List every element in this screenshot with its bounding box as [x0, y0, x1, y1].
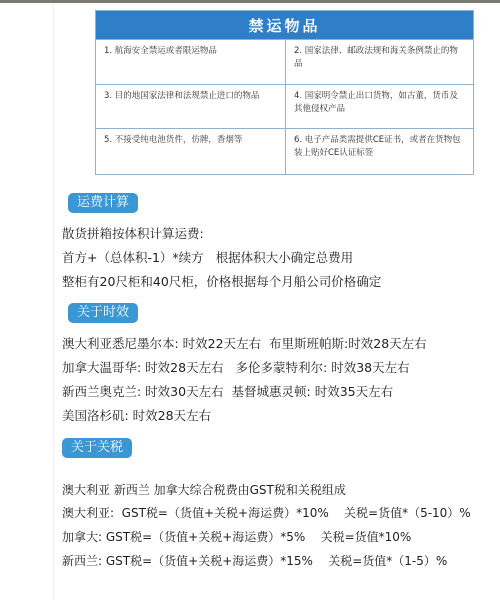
- freight-section-badge: 运费计算: [68, 193, 138, 213]
- table-cell: 6. 电子产品类需提供CE证书，或者在货物包装上贴好CE认证标签: [286, 129, 473, 174]
- table-cell: 5. 不接受纯电池货件，仿牌，香烟等: [96, 129, 286, 174]
- table-cell: 3. 目的地国家法律和法规禁止进口的物品: [96, 85, 286, 128]
- transit-line: 加拿大温哥华: 时效28天左右 多伦多蒙特利尔: 时效38天左右: [62, 360, 410, 376]
- tax-line: 澳大利亚 新西兰 加拿大综合税费由GST税和关税组成: [62, 482, 346, 498]
- table-cell: 2. 国家法律、邮政法规和海关条例禁止的物品: [286, 40, 473, 84]
- transit-line: 新西兰奥克兰: 时效30天左右 基督城惠灵顿: 时效35天左右: [62, 384, 393, 400]
- transit-line: 澳大利亚悉尼墨尔本: 时效22天左右 布里斯班帕斯:时效28天左右: [62, 336, 427, 352]
- table-row: 3. 目的地国家法律和法规禁止进口的物品 4. 国家明令禁止出口货物，如古董，货…: [96, 84, 473, 128]
- page-margin-line: [53, 3, 54, 600]
- transit-line: 美国洛杉矶: 时效28天左右: [62, 408, 211, 424]
- table-row: 5. 不接受纯电池货件，仿牌，香烟等 6. 电子产品类需提供CE证书，或者在货物…: [96, 128, 473, 174]
- tax-section-badge: 关于关税: [62, 438, 132, 458]
- table-cell: 4. 国家明令禁止出口货物，如古董，货币及其他侵权产品: [286, 85, 473, 128]
- tax-line: 新西兰: GST税=（货值+关税+海运费）*15% 关税=货值*（1-5）%: [62, 553, 447, 569]
- freight-line: 首方+（总体积-1）*续方 根据体积大小确定总费用: [62, 250, 353, 266]
- banned-items-table: 禁运物品 1. 航海安全禁运或者限运物品 2. 国家法律、邮政法规和海关条例禁止…: [95, 10, 474, 175]
- freight-line: 整柜有20尺柜和40尺柜，价格根据每个月船公司价格确定: [62, 274, 381, 290]
- top-border: [0, 0, 500, 3]
- table-title: 禁运物品: [96, 11, 473, 39]
- table-row: 1. 航海安全禁运或者限运物品 2. 国家法律、邮政法规和海关条例禁止的物品: [96, 39, 473, 84]
- table-cell: 1. 航海安全禁运或者限运物品: [96, 40, 286, 84]
- tax-line: 澳大利亚: GST税=（货值+关税+海运费）*10% 关税=货值*（5-10）%: [62, 505, 471, 521]
- freight-line: 散货拼箱按体积计算运费:: [62, 226, 204, 242]
- tax-line: 加拿大: GST税=（货值+关税+海运费）*5% 关税=货值*10%: [62, 529, 411, 545]
- transit-section-badge: 关于时效: [68, 303, 138, 323]
